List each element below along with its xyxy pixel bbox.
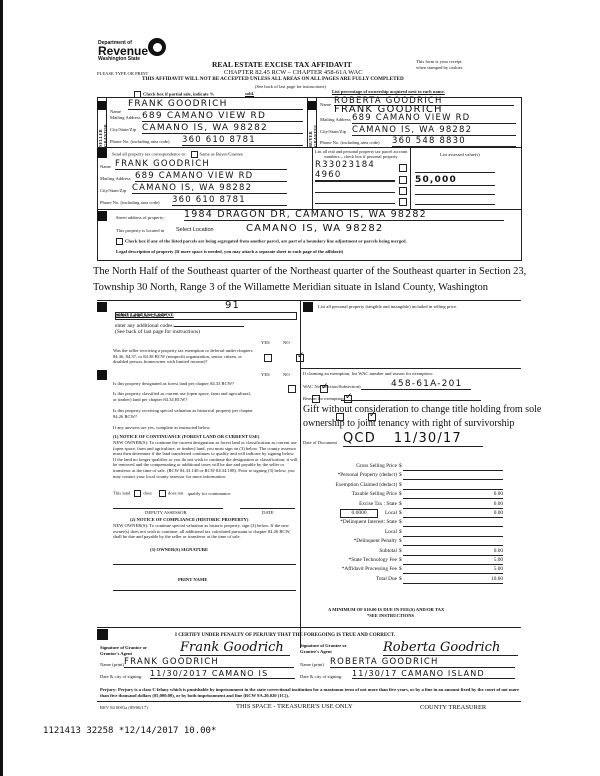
seller-city-field[interactable]: City/State/Zip CAMANO IS, WA 98282 bbox=[110, 124, 305, 134]
grantee-date-field[interactable]: Date & city of signing: 11/30/17 CAMANO … bbox=[300, 671, 520, 681]
segregated-checkbox[interactable]: Check box if any of the listed parcels a… bbox=[116, 238, 407, 245]
tax-row[interactable]: *Delinquent Penalty$ bbox=[310, 538, 510, 547]
seller-side-tab: SELLER GRANTOR bbox=[97, 97, 107, 147]
owner-signature-label: (3) OWNER(S) SIGNATURE bbox=[150, 547, 208, 553]
minimum-note: A MINIMUM OF $10.00 IS DUE IN FEE(S) AND… bbox=[328, 607, 444, 613]
personal-property-checkbox[interactable] bbox=[399, 187, 407, 195]
personal-property-label: List all personal property (tangible and… bbox=[318, 304, 468, 310]
tax-label: Total Due bbox=[376, 576, 397, 582]
same-as-buyer-checkbox[interactable] bbox=[191, 151, 198, 158]
current-use-question: Is this property classified as current u… bbox=[113, 391, 253, 402]
parcel-row-3[interactable] bbox=[315, 185, 407, 195]
tax-label: *State Technology Fee bbox=[349, 557, 397, 563]
form-revision: REV 84 0001a (09/06/17) bbox=[100, 705, 148, 711]
no-header: NO bbox=[283, 372, 290, 378]
section-marker bbox=[97, 211, 107, 221]
grantor-signature[interactable]: Frank Goodrich bbox=[180, 640, 290, 656]
does-label: does bbox=[143, 491, 151, 496]
tax-label: Exemption Claimed (deduct) bbox=[336, 482, 398, 488]
section-marker bbox=[97, 148, 107, 158]
document-type-date-value: QCD11/30/17 bbox=[343, 431, 483, 447]
grantee-name-label: Name (print) bbox=[300, 662, 324, 668]
grantor-name-value: FRANK GOODRICH bbox=[124, 657, 294, 668]
logo-line2: Revenue bbox=[98, 46, 148, 56]
tax-value: 0.00 bbox=[403, 501, 503, 509]
q2-yes-checkbox[interactable] bbox=[288, 385, 296, 393]
corr-name-field[interactable]: Name FRANK GOODRICH bbox=[100, 161, 290, 171]
corr-phone-label: Phone No. (including area code) bbox=[100, 200, 160, 206]
assessed-heading: List assessed value(s) bbox=[440, 152, 480, 158]
tax-value: 5.00 bbox=[403, 557, 503, 565]
does-checkbox[interactable] bbox=[134, 490, 141, 497]
buyer-mailing-label: Mailing Address bbox=[320, 117, 351, 123]
tax-row[interactable]: *Personal Property (deduct)$ bbox=[310, 472, 510, 481]
buyer-phone-label: Phone No. (including area code) bbox=[320, 140, 380, 146]
receipt-note-2: when stamped by cashier. bbox=[416, 65, 463, 71]
grantee-date-label: Date & city of signing: bbox=[300, 674, 342, 680]
personal-property-checkbox[interactable] bbox=[399, 198, 407, 206]
land-use-select[interactable]: Select Land Use Codes bbox=[115, 312, 297, 320]
tax-label: Taxable Selling Price bbox=[352, 491, 397, 497]
tax-value bbox=[403, 519, 503, 527]
receipt-note-1: This form is your receipt bbox=[416, 59, 462, 65]
corr-mailing-field[interactable]: Mailing Address 689 CAMANO VIEW RD bbox=[100, 173, 290, 183]
tax-table: Gross Selling Price$ *Personal Property … bbox=[310, 463, 510, 588]
print-name-label: PRINT NAME bbox=[178, 577, 207, 583]
exemption-heading: If claiming an exemption, list WAC numbe… bbox=[303, 371, 433, 377]
parcel-row-1[interactable]: R33023184 4960 bbox=[315, 162, 407, 172]
tax-row[interactable]: Exemption Claimed (deduct)$ bbox=[310, 482, 510, 491]
tax-label: Excise Tax : State bbox=[359, 501, 397, 507]
grantee-signature[interactable]: Roberta Goodrich bbox=[383, 640, 518, 656]
notice2-body: NEW OWNER(S): To continue special valuat… bbox=[113, 523, 298, 540]
assessed-row-0 bbox=[415, 167, 495, 173]
legal-label: Legal description of property (If more s… bbox=[116, 249, 343, 255]
historic-question: Is this property receiving special valua… bbox=[113, 408, 253, 419]
assessed-row-3[interactable] bbox=[415, 199, 495, 205]
wac-label: WAC No. (Section/Subsection) bbox=[303, 384, 361, 390]
buyer-side-tab: BUYER GRANTEE bbox=[307, 97, 317, 147]
tax-row[interactable]: *Affidavit Processing Fee$5.00 bbox=[310, 566, 510, 575]
document-date-value: 11/30/17 bbox=[394, 431, 462, 446]
parcel-row-4[interactable] bbox=[315, 196, 407, 206]
street-value: 1984 DRAGON DR, CAMANO IS, WA 98282 bbox=[184, 209, 504, 221]
grantor-name-label: Name (print) bbox=[100, 662, 124, 668]
document-date-label: Date of Document bbox=[303, 440, 337, 446]
correspondence-heading-text: Send all property tax correspondence to: bbox=[112, 152, 186, 157]
notice2-title: (2) NOTICE OF COMPLIANCE (HISTORIC PROPE… bbox=[130, 517, 248, 523]
tax-label: Local bbox=[385, 510, 397, 516]
located-label: This property is located in bbox=[116, 228, 164, 234]
does-not-checkbox[interactable] bbox=[159, 490, 166, 497]
scan-edge bbox=[0, 0, 3, 776]
corr-mailing-value: 689 CAMANO VIEW RD bbox=[135, 171, 287, 182]
tax-row[interactable]: Local$ bbox=[310, 529, 510, 538]
grantee-signature-label: Signature of Grantee or Grantee's Agent bbox=[300, 643, 360, 654]
tax-row[interactable]: Taxable Selling Price$0.00 bbox=[310, 491, 510, 500]
treasurer-use-label: THIS SPACE - TREASURER'S USE ONLY bbox=[236, 703, 353, 710]
tax-value bbox=[403, 482, 503, 490]
seller-phone-field[interactable]: Phone No. (including area code) 360 610 … bbox=[110, 136, 305, 146]
parcels-heading: List all real and personal property tax … bbox=[314, 149, 408, 159]
deputy-assessor-label: DEPUTY ASSESSOR bbox=[145, 510, 187, 516]
certify-statement: I CERTIFY UNDER PENALTY OF PERJURY THAT … bbox=[175, 633, 395, 639]
segregated-note: Check box if any of the listed parcels a… bbox=[125, 239, 407, 244]
seller-mailing-value: 689 CAMANO VIEW RD bbox=[142, 111, 303, 122]
located-value: CAMANO IS, WA 98282 bbox=[246, 223, 383, 234]
buyer-phone-field[interactable]: Phone No. (including area code) 360 548 … bbox=[320, 137, 518, 147]
dor-logo: Department of Revenue Washington State bbox=[98, 40, 148, 62]
location-field[interactable]: This property is located in Select Locat… bbox=[116, 225, 521, 235]
tax-value: 0.00 bbox=[403, 510, 503, 518]
perjury-note: Perjury: Perjury is a class C felony whi… bbox=[100, 687, 525, 698]
ownership-pct-note: List percentage of ownership acquired ne… bbox=[332, 89, 445, 95]
sold-label: sold. bbox=[245, 91, 254, 97]
form-chapter: CHAPTER 82.45 RCW – CHAPTER 458-61A WAC bbox=[224, 69, 363, 76]
grantor-date-label: Date & city of signing: bbox=[100, 674, 142, 680]
grantor-date-field[interactable]: Date & city of signing: 11/30/2017 CAMAN… bbox=[100, 671, 300, 681]
wac-value: 458-61A-201 bbox=[361, 379, 471, 390]
reason-label: Reason for exemption bbox=[303, 396, 344, 402]
tax-value: 0.00 bbox=[403, 491, 503, 499]
seller-name-field[interactable]: Name FRANK GOODRICH bbox=[110, 100, 305, 110]
exemption-reason[interactable]: Gift without consideration to change tit… bbox=[303, 403, 583, 431]
grantor-signature-label: Signature of Grantor or Grantor's Agent bbox=[100, 645, 148, 656]
tax-label: *Personal Property (deduct) bbox=[338, 472, 397, 478]
land-use-see-back: (See back of last page for instructions) bbox=[115, 329, 200, 336]
seller-mailing-field[interactable]: Mailing Address 689 CAMANO VIEW RD bbox=[110, 112, 305, 122]
dor-swirl-icon bbox=[148, 38, 166, 56]
parcel-number bbox=[315, 196, 395, 204]
form-title: REAL ESTATE EXCISE TAX AFFIDAVIT bbox=[212, 60, 352, 69]
wac-field[interactable]: WAC No. (Section/Subsection) 458-61A-201 bbox=[303, 381, 503, 391]
buyer-mailing-field[interactable]: Mailing Address 689 CAMANO VIEW RD bbox=[320, 114, 518, 124]
corr-city-value: CAMANO IS, WA 98282 bbox=[132, 183, 287, 194]
tax-row[interactable]: *State Technology Fee$5.00 bbox=[310, 557, 510, 566]
land-use-field: Select Land Use Code(s): 91 bbox=[115, 303, 295, 311]
tax-row[interactable]: Subtotal$0.00 bbox=[310, 548, 510, 557]
local-rate-input[interactable]: 0.0000 bbox=[340, 509, 378, 518]
seller-city-label: City/State/Zip bbox=[110, 127, 136, 133]
buyer-city-value: CAMANO IS, WA 98282 bbox=[352, 125, 516, 136]
tax-row[interactable]: Gross Selling Price$ bbox=[310, 463, 510, 472]
grantee-name-value: ROBERTA GOODRICH bbox=[330, 657, 515, 668]
buyer-name-label: Name bbox=[320, 102, 331, 108]
seller-mailing-label: Mailing Address bbox=[110, 115, 141, 121]
corr-city-label: City/State/Zip bbox=[100, 188, 126, 194]
same-as-buyer-label: Same as Buyer/Grantee bbox=[200, 152, 243, 157]
see-back-note: (See back of last page for instructions) bbox=[255, 84, 326, 90]
tax-label: Local bbox=[385, 529, 397, 535]
street-address-field[interactable]: Street address of property: 1984 DRAGON … bbox=[116, 211, 521, 221]
corr-mailing-label: Mailing Address bbox=[100, 176, 131, 182]
q1-no-checkbox[interactable] bbox=[296, 354, 304, 362]
tax-label: Subtotal bbox=[379, 548, 397, 554]
tax-value bbox=[403, 538, 503, 546]
street-label: Street address of property: bbox=[116, 215, 165, 221]
correspondence-heading: Send all property tax correspondence to:… bbox=[112, 151, 243, 158]
grantee-date-value: 11/30/17 CAMANO ISLAND bbox=[352, 669, 515, 679]
forest-question: Is this property designated as forest la… bbox=[113, 381, 253, 387]
parcel-number bbox=[315, 185, 395, 193]
corr-city-field[interactable]: City/State/Zip CAMANO IS, WA 98282 bbox=[100, 185, 290, 195]
buyer-name-field[interactable]: Name ROBERTA GOODRICH FRANK GOODRICH bbox=[320, 99, 518, 111]
tax-row[interactable]: 0.0000 Local$0.00 bbox=[310, 510, 510, 519]
parcel-number bbox=[315, 174, 395, 182]
tax-label: *Delinquent Interest: State bbox=[340, 519, 397, 525]
personal-property-checkbox[interactable] bbox=[399, 176, 407, 184]
partial-sale-label: Check box if partial sale, indicate % bbox=[143, 92, 214, 97]
legal-description: The North Half of the Southeast quarter … bbox=[93, 264, 543, 296]
this-land-label: This land bbox=[113, 491, 130, 496]
tax-value: 10.00 bbox=[403, 576, 503, 584]
qualify-label: qualify for continuance. bbox=[188, 491, 232, 496]
document-type-value: QCD bbox=[343, 431, 376, 446]
corr-name-value: FRANK GOODRICH bbox=[115, 159, 287, 170]
notice1-title: (1) NOTICE OF CONTINUANCE (FOREST LAND O… bbox=[113, 434, 259, 440]
county-treasurer-label: COUNTY TREASURER bbox=[420, 704, 486, 711]
seller-side-label: SELLER GRANTOR bbox=[98, 112, 108, 147]
seller-phone-value: 360 610 8781 bbox=[182, 135, 303, 146]
tax-label: *Delinquent Penalty bbox=[354, 538, 397, 544]
continuance-row: This land does does not qualify for cont… bbox=[113, 490, 232, 497]
buyer-phone-value: 360 548 8830 bbox=[392, 136, 516, 147]
section-marker bbox=[97, 302, 107, 312]
section-marker bbox=[97, 370, 107, 380]
yes-header: YES bbox=[261, 340, 270, 346]
see-instructions-note: *SEE INSTRUCTIONS bbox=[367, 613, 414, 619]
grantor-name-field[interactable]: Name (print) FRANK GOODRICH bbox=[100, 659, 300, 669]
buyer-side-label: BUYER GRANTEE bbox=[308, 112, 318, 147]
buyer-city-field[interactable]: City/State/Zip CAMANO IS, WA 98282 bbox=[320, 126, 518, 136]
seller-name-value: FRANK GOODRICH bbox=[128, 99, 303, 110]
yes-header: YES bbox=[261, 372, 270, 378]
assessed-value[interactable]: 50,000 bbox=[415, 175, 495, 186]
grantor-date-value: 11/30/2017 CAMANO IS bbox=[150, 669, 295, 679]
tax-value bbox=[403, 529, 503, 537]
tax-row[interactable]: Total Due$10.00 bbox=[310, 576, 510, 585]
tax-label: *Affidavit Processing Fee bbox=[342, 566, 397, 572]
tax-value bbox=[403, 463, 503, 471]
section-marker bbox=[303, 302, 313, 312]
exemption-question: Was the seller receiving a property tax … bbox=[113, 348, 253, 365]
warning-note: THIS AFFIDAVIT WILL NOT BE ACCEPTED UNLE… bbox=[142, 77, 404, 83]
select-location-dropdown[interactable]: Select Location bbox=[176, 227, 214, 234]
document-date-field[interactable]: Date of Document QCD11/30/17 bbox=[303, 434, 503, 446]
cashier-stamp: 1121413 32258 *12/14/2017 10.00* bbox=[43, 726, 216, 736]
personal-property-checkbox[interactable] bbox=[399, 164, 407, 172]
assessed-row-2[interactable] bbox=[415, 189, 495, 195]
section-marker bbox=[97, 629, 108, 640]
corr-name-label: Name bbox=[100, 164, 111, 170]
seller-city-value: CAMANO IS, WA 98282 bbox=[142, 123, 303, 134]
tax-value bbox=[403, 472, 503, 480]
does-not-label: does not bbox=[168, 491, 183, 496]
corr-phone-value: 360 610 8781 bbox=[172, 195, 287, 206]
tax-value: 5.00 bbox=[403, 566, 503, 574]
no-header: NO bbox=[283, 340, 290, 346]
buyer-mailing-value: 689 CAMANO VIEW RD bbox=[352, 113, 516, 124]
buyer-city-label: City/State/Zip bbox=[320, 129, 346, 135]
tax-value: 0.00 bbox=[403, 548, 503, 556]
parcel-row-2[interactable] bbox=[315, 174, 407, 184]
assessor-date-label: DATE bbox=[262, 510, 274, 516]
corr-phone-field[interactable]: Phone No. (including area code) 360 610 … bbox=[100, 197, 290, 207]
tax-row[interactable]: *Delinquent Interest: State$ bbox=[310, 519, 510, 528]
tax-label: Gross Selling Price bbox=[356, 463, 397, 469]
please-type-note: PLEASE TYPE OR PRINT bbox=[97, 71, 148, 77]
seller-phone-label: Phone No. (including area code) bbox=[110, 139, 170, 145]
grantee-name-field[interactable]: Name (print) ROBERTA GOODRICH bbox=[300, 659, 520, 669]
notice1-body: NEW OWNER(S): To continue the current de… bbox=[113, 440, 298, 479]
land-use-code: 91 bbox=[225, 300, 240, 311]
if-yes-note: If any answers are yes, complete as inst… bbox=[113, 425, 210, 431]
q1-yes-checkbox[interactable] bbox=[264, 354, 272, 362]
